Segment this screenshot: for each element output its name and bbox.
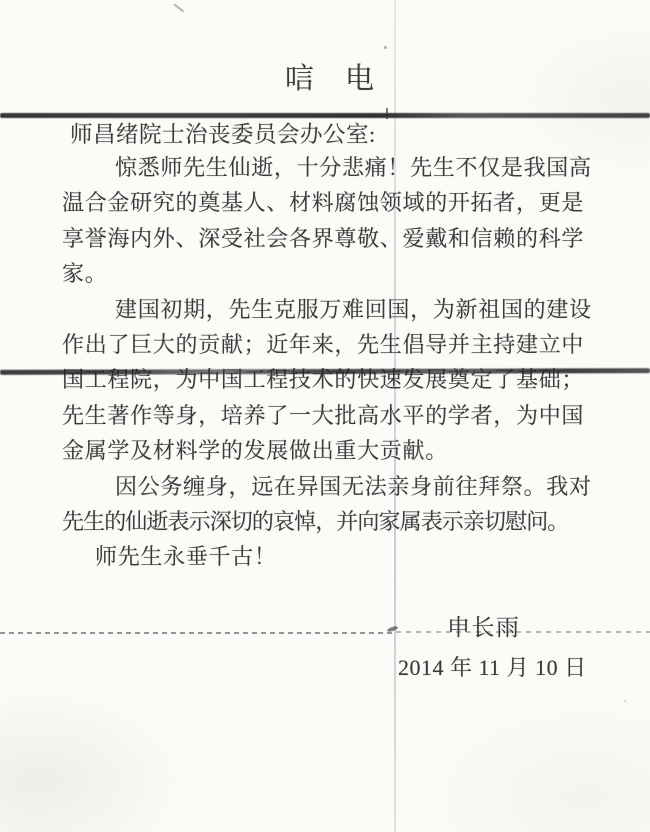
letter-date: 2014 年 11 月 10 日 (398, 651, 587, 682)
letter-body-line: 师先生永垂千古！ (62, 539, 650, 574)
letter-body-line: 因公务缠身，远在异国无法亲身前往拜祭。我对 (62, 469, 650, 504)
fold-crease-top (0, 113, 650, 118)
scanned-letter-page: 唁 电 师昌绪院士治丧委员会办公室: 惊悉师先生仙逝，十分悲痛！先生不仅是我国高… (0, 0, 650, 832)
letter-body-line: 家。 (62, 256, 650, 291)
letter-body-line: 惊悉师先生仙逝，十分悲痛！先生不仅是我国高 (62, 150, 650, 185)
letter-body-line: 享誉海内外、深受社会各界尊敬、爱戴和信赖的科学 (62, 221, 650, 256)
letter-body-line: 先生的仙逝表示深切的哀悼，并向家属表示亲切慰问。 (62, 504, 650, 539)
fold-crease-dashed-right (396, 631, 650, 633)
letter-body-line: 建国初期，先生克服万难回国，为新祖国的建设 (62, 292, 650, 327)
scan-speck (624, 700, 626, 702)
fold-crease-top-notch (386, 108, 388, 119)
letter-title: 唁 电 (285, 56, 375, 97)
letter-body-line: 金属学及材料学的发展做出重大贡献。 (62, 433, 650, 468)
letter-recipient: 师昌绪院士治丧委员会办公室: (70, 117, 376, 149)
fold-crease-dashed-left (0, 632, 396, 634)
letter-body: 惊悉师先生仙逝，十分悲痛！先生不仅是我国高 温合金研究的奠基人、材料腐蚀领域的开… (62, 150, 650, 575)
letter-body-line: 作出了巨大的贡献；近年来，先生倡导并主持建立中 (62, 327, 650, 362)
scan-speck (174, 3, 184, 12)
scan-speck (384, 46, 387, 49)
letter-body-line: 温合金研究的奠基人、材料腐蚀领域的开拓者，更是 (62, 185, 650, 220)
letter-body-line: 先生著作等身，培养了一大批高水平的学者，为中国 (62, 398, 650, 433)
signature-name: 申长雨 (447, 609, 521, 642)
